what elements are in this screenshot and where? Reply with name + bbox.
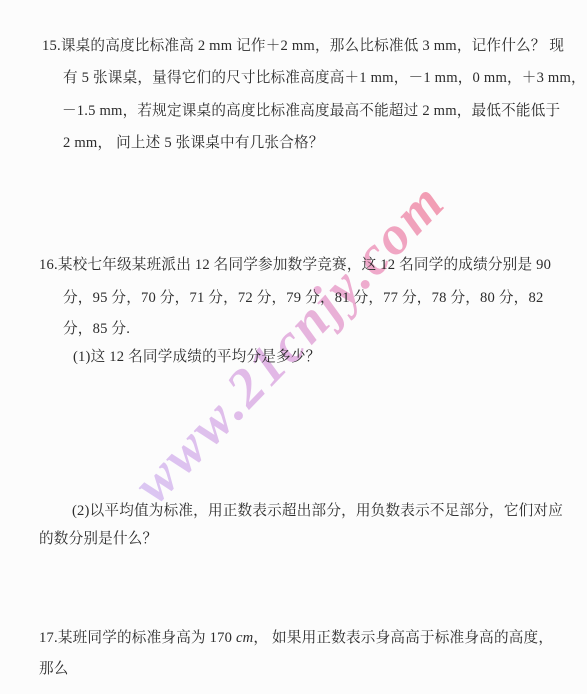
problem15-line2: 有 5 张课桌，量得它们的尺寸比标准高度高＋1 mm，－1 mm，0 mm，＋3…: [63, 70, 586, 87]
problem16-part2-line1: (2)以平均值为标准，用正数表示超出部分，用负数表示不足部分，它们对应: [72, 503, 563, 520]
problem17-unit-cm: cm: [236, 630, 253, 646]
problem16-line1: 16.某校七年级某班派出 12 名同学参加数学竞赛，这 12 名同学的成绩分别是…: [39, 257, 551, 274]
watermark-21cnjy: www.21cnjy.com: [121, 169, 458, 515]
worksheet-page: www.21cnjy.com 15.课桌的高度比标准高 2 mm 记作＋2 mm…: [0, 0, 587, 694]
problem15-line3: －1.5 mm，若规定课桌的高度比标准高度最高不能超过 2 mm，最低不能低于: [62, 103, 560, 120]
problem17-line1-text: 17.某班同学的标准身高为 170: [39, 630, 236, 646]
problem15-line1: 15.课桌的高度比标准高 2 mm 记作＋2 mm，那么比标准低 3 mm，记作…: [42, 38, 564, 55]
problem15-line4: 2 mm， 问上述 5 张课桌中有几张合格？: [63, 135, 324, 152]
problem16-line2: 分，95 分，70 分，71 分，72 分，79 分，81 分，77 分，78 …: [63, 290, 543, 307]
problem17-line1-tail: ， 如果用正数表示身高高于标准身高的高度，: [253, 630, 553, 646]
problem16-part1: (1)这 12 名同学成绩的平均分是多少？: [73, 349, 320, 366]
problem16-part2-line2: 的数分别是什么？: [39, 531, 157, 548]
problem17-line1: 17.某班同学的标准身高为 170 cm， 如果用正数表示身高高于标准身高的高度…: [39, 630, 553, 647]
problem17-line2: 那么: [39, 661, 69, 678]
problem16-line3: 分，85 分.: [63, 321, 130, 338]
